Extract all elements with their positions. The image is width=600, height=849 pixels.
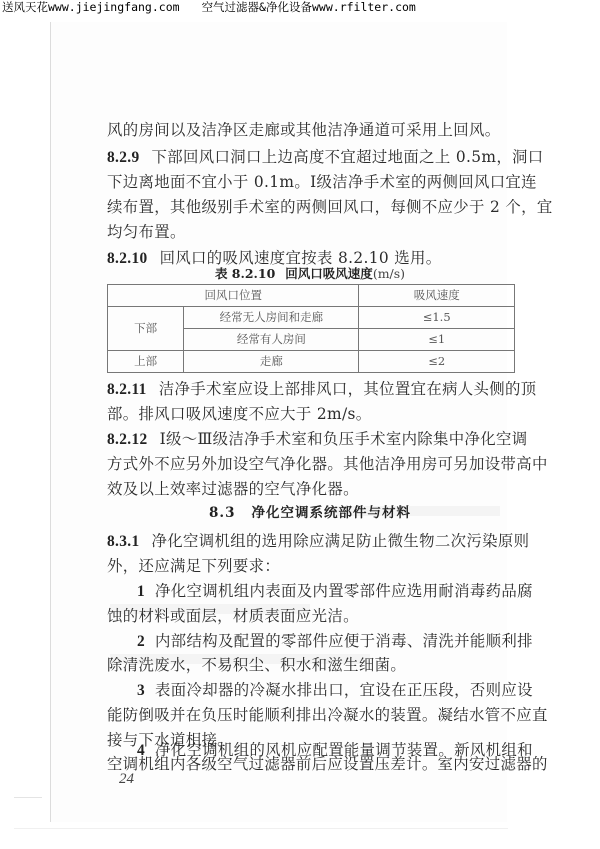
body-line: 下边离地面不宜小于 0.1m。Ⅰ级洁净手术室的两侧回风口宜连 — [107, 170, 505, 195]
body-line: 方式外不应另外加设空气净化器。其他洁净用房可另加设带高中 — [107, 452, 505, 477]
watermark-site1-name: 送风天花 — [2, 0, 48, 14]
body-line: 续布置，其他级别手术室的两侧回风口，每侧不应少于 2 个，宜 — [107, 195, 505, 220]
list-item-2: 2内部结构及配置的零部件应便于消毒、清洗并能顺利排 — [107, 629, 505, 654]
body-line: 空调机组内各级空气过滤器前后应设置压差计。室内安过滤器的 — [107, 752, 505, 777]
body-line: 风的房间以及洁净区走廊或其他洁净通道可采用上回风。 — [107, 118, 505, 143]
watermark-site1-url: www.jiejingfang.com — [48, 0, 180, 14]
table-row: 下部 经常无人房间和走廊 ≤1.5 — [108, 307, 515, 329]
clause-text: 洁净手术室应设上部排风口，其位置宜在病人头侧的顶 — [159, 380, 537, 398]
list-item-1: 1净化空调机组内表面及内置零部件应选用耐消毒药品腐 — [107, 579, 505, 604]
page-edge — [14, 797, 42, 798]
page-edge — [14, 828, 508, 829]
list-item-3: 3表面冷却器的冷凝水排出口，宜设在正压段，否则应设 — [107, 678, 505, 703]
clause-text: 回风口的吸风速度宜按表 8.2.10 选用。 — [160, 249, 442, 267]
body-line: 能防倒吸并在负压时能顺利排出冷凝水的装置。凝结水管不应直 — [107, 703, 505, 728]
air-speed-table: 回风口位置 吸风速度 下部 经常无人房间和走廊 ≤1.5 经常有人房间 ≤1 上… — [107, 284, 515, 373]
table-title: 表 8.2.10回风口吸风速度(m/s) — [100, 266, 520, 282]
item-text: 内部结构及配置的零部件应便于消毒、清洗并能顺利排 — [155, 632, 533, 650]
body-line: 部。排风口吸风速度不应大于 2m/s。 — [107, 402, 505, 427]
item-text: 表面冷却器的冷凝水排出口，宜设在正压段，否则应设 — [155, 681, 533, 699]
table-name: 回风口吸风速度 — [285, 266, 373, 281]
item-text: 净化空调机组内表面及内置零部件应选用耐消毒药品腐 — [155, 582, 533, 600]
table-cell-location: 走廊 — [184, 351, 359, 373]
watermark-site2-url: www.rfilter.com — [312, 0, 416, 14]
clause-text: Ⅰ级～Ⅲ级洁净手术室和负压手术室内除集中净化空调 — [160, 430, 528, 448]
table-header-row: 回风口位置 吸风速度 — [108, 285, 515, 307]
clause-8-2-12: 8.2.12Ⅰ级～Ⅲ级洁净手术室和负压手术室内除集中净化空调 — [107, 427, 505, 452]
table-cell-location: 经常无人房间和走廊 — [184, 307, 359, 329]
body-line: 均匀布置。 — [107, 220, 505, 245]
body-line: 效及以上效率过滤器的空气净化器。 — [107, 477, 505, 502]
body-line: 外，还应满足下列要求： — [107, 554, 505, 579]
table-header-location: 回风口位置 — [108, 285, 359, 307]
section-title: 净化空调系统部件与材料 — [252, 505, 412, 521]
table-unit: (m/s) — [373, 266, 405, 281]
section-number: 8.3 — [209, 505, 236, 521]
clause-text: 下部回风口洞口上边高度不宜超过地面之上 0.5m，洞口 — [152, 148, 544, 166]
body-line: 除清洗废水，不易积尘、积水和滋生细菌。 — [107, 653, 505, 678]
watermark-site2-name: 空气过滤器&净化设备 — [202, 0, 312, 14]
body-line: 蚀的材料或面层，材质表面应光洁。 — [107, 604, 505, 629]
table-cell-speed: ≤2 — [359, 351, 515, 373]
clause-8-2-11: 8.2.11洁净手术室应设上部排风口，其位置宜在病人头侧的顶 — [107, 377, 505, 402]
table-cell-group: 下部 — [108, 307, 184, 351]
clause-number: 8.2.9 — [107, 149, 140, 166]
table-cell-location: 经常有人房间 — [184, 329, 359, 351]
table-cell-speed: ≤1 — [359, 329, 515, 351]
table-cell-group: 上部 — [108, 351, 184, 373]
clause-number: 8.2.11 — [107, 381, 147, 398]
item-number: 1 — [137, 579, 145, 604]
clause-8-2-9: 8.2.9下部回风口洞口上边高度不宜超过地面之上 0.5m，洞口 — [107, 145, 505, 170]
table-header-speed: 吸风速度 — [359, 285, 515, 307]
clause-text: 净化空调机组的选用除应满足防止微生物二次污染原则 — [152, 532, 530, 550]
table-row: 上部 走廊 ≤2 — [108, 351, 515, 373]
table-cell-speed: ≤1.5 — [359, 307, 515, 329]
watermark-header: 送风天花www.jiejingfang.com空气过滤器&净化设备www.rfi… — [2, 0, 416, 14]
item-number: 3 — [137, 678, 145, 703]
item-number: 2 — [137, 629, 145, 654]
table-number: 表 8.2.10 — [215, 266, 275, 281]
section-heading: 8.3净化空调系统部件与材料 — [100, 502, 520, 524]
clause-number: 8.2.10 — [107, 250, 148, 267]
clause-number: 8.3.1 — [107, 533, 140, 550]
page-number: 24 — [119, 771, 134, 788]
clause-8-3-1: 8.3.1净化空调机组的选用除应满足防止微生物二次污染原则 — [107, 529, 505, 554]
clause-number: 8.2.12 — [107, 431, 148, 448]
